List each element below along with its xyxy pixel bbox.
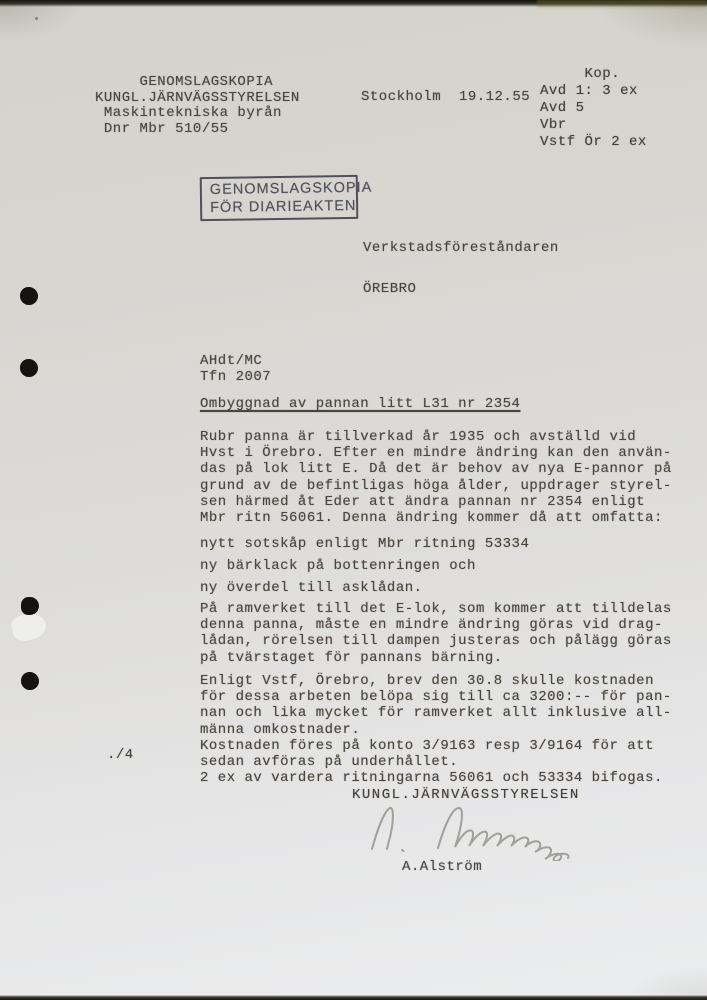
- punch-hole: [20, 359, 38, 377]
- photo-bottom-edge: [0, 995, 707, 1000]
- reference-initials-phone: AHdt/MC Tfn 2007: [200, 353, 271, 385]
- copies-distribution-list: Kop. Avd 1: 3 ex Avd 5 Vbr Vstf Ör 2 ex: [540, 66, 647, 151]
- punch-hole: [20, 287, 38, 305]
- punch-hole: [21, 597, 39, 615]
- body-paragraph-2: På ramverket till det E-lok, som kommer …: [200, 601, 672, 666]
- subject-heading: Ombyggnad av pannan litt L31 nr 2354: [200, 396, 520, 412]
- letterhead-sender-block: GENOMSLAGSKOPIA KUNGL.JÄRNVÄGSSTYRELSEN …: [95, 75, 300, 137]
- diary-copy-stamp: GENOMSLAGSKOPIA FÖR DIARIEAKTEN: [200, 175, 359, 221]
- body-work-items-list: nytt sotskåp enligt Mbr ritning 53334 ny…: [200, 533, 529, 599]
- recipient-title: Verkstadsföreståndaren: [363, 240, 559, 256]
- scanned-letter-page: GENOMSLAGSKOPIA KUNGL.JÄRNVÄGSSTYRELSEN …: [0, 0, 707, 1000]
- stamp-line-2: FÖR DIARIEAKTEN: [210, 197, 356, 217]
- enclosure-margin-note: ./4: [107, 747, 134, 763]
- recipient-city: ÖREBRO: [363, 281, 416, 297]
- letter-date-line: Stockholm 19.12.55: [361, 89, 530, 105]
- signature-typed-name: A.Alström: [402, 859, 482, 875]
- photo-top-right-edge: [537, 0, 707, 9]
- handwritten-signature: [358, 797, 598, 861]
- stamp-line-1: GENOMSLAGSKOPIA: [210, 179, 356, 199]
- punch-hole: [21, 672, 39, 690]
- body-paragraph-1: Rubr panna är tillverkad år 1935 och avs…: [200, 429, 672, 526]
- torn-paper-patch: [10, 611, 49, 644]
- body-paragraph-3: Enligt Vstf, Örebro, brev den 30.8 skull…: [200, 673, 672, 786]
- paper-speck: [35, 17, 38, 20]
